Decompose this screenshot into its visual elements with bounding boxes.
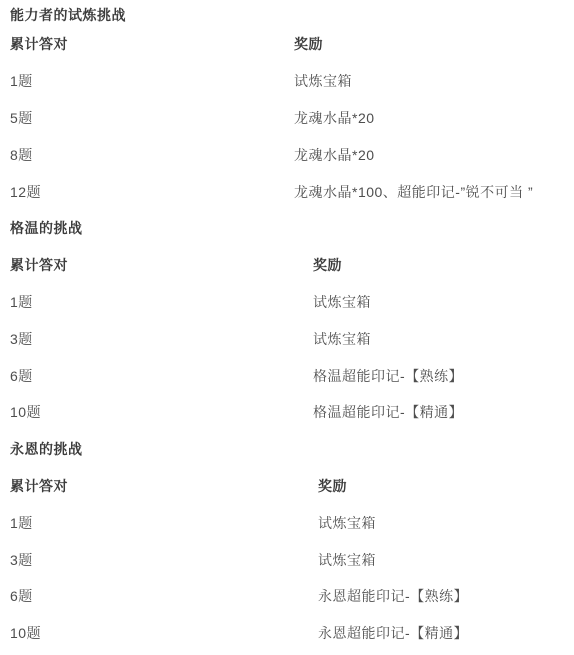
answer-count-cell: 3题 [10,550,318,570]
answer-count-cell: 1题 [10,292,313,312]
table-row: 3题 试炼宝箱 [10,320,564,357]
table-row: 5题 龙魂水晶*20 [10,100,564,137]
section-title: 能力者的试炼挑战 [10,8,564,26]
table-row: 10题 永恩超能印记-【精通】 [10,615,564,652]
column-header-answers: 累计答对 [10,34,294,54]
table-row: 1题 试炼宝箱 [10,63,564,100]
table-row: 6题 格温超能印记-【熟练】 [10,357,564,394]
challenge-section-trial: 能力者的试炼挑战 累计答对 奖励 1题 试炼宝箱 5题 龙魂水晶*20 8题 龙… [10,8,564,210]
column-header-reward: 奖励 [294,34,564,54]
table-row: 1题 试炼宝箱 [10,504,564,541]
table-header-row: 累计答对 奖励 [10,247,564,284]
table-row: 3题 试炼宝箱 [10,541,564,578]
answer-count-cell: 10题 [10,623,318,643]
answer-count-cell: 10题 [10,402,313,422]
challenge-section-gwen: 格温的挑战 累计答对 奖励 1题 试炼宝箱 3题 试炼宝箱 6题 格温超能印记-… [10,210,564,431]
answer-count-cell: 1题 [10,71,294,91]
table-row: 1题 试炼宝箱 [10,284,564,321]
column-header-reward: 奖励 [318,476,564,496]
reward-cell: 试炼宝箱 [313,329,564,349]
column-header-answers: 累计答对 [10,476,318,496]
reward-cell: 格温超能印记-【精通】 [313,402,564,422]
table-header-row: 累计答对 奖励 [10,468,564,505]
table-header-row: 累计答对 奖励 [10,26,564,63]
answer-count-cell: 6题 [10,586,318,606]
column-header-reward: 奖励 [313,255,564,275]
table-row: 6题 永恩超能印记-【熟练】 [10,578,564,615]
reward-cell: 龙魂水晶*20 [294,145,564,165]
reward-cell: 试炼宝箱 [313,292,564,312]
section-title: 永恩的挑战 [10,431,564,468]
table-row: 8题 龙魂水晶*20 [10,136,564,173]
reward-cell: 永恩超能印记-【熟练】 [318,586,564,606]
reward-cell: 试炼宝箱 [318,550,564,570]
reward-cell: 格温超能印记-【熟练】 [313,366,564,386]
section-title-text: 格温的挑战 [10,218,83,238]
reward-cell: 龙魂水晶*20 [294,108,564,128]
section-title-text: 永恩的挑战 [10,439,83,459]
table-row: 12题 龙魂水晶*100、超能印记-”锐不可当 ” [10,173,564,210]
challenge-section-yone: 永恩的挑战 累计答对 奖励 1题 试炼宝箱 3题 试炼宝箱 6题 永恩超能印记-… [10,431,564,652]
reward-cell: 龙魂水晶*100、超能印记-”锐不可当 ” [294,182,564,202]
reward-cell: 永恩超能印记-【精通】 [318,623,564,643]
answer-count-cell: 8题 [10,145,294,165]
table-row: 10题 格温超能印记-【精通】 [10,394,564,431]
section-title: 格温的挑战 [10,210,564,247]
answer-count-cell: 5题 [10,108,294,128]
answer-count-cell: 6题 [10,366,313,386]
answer-count-cell: 3题 [10,329,313,349]
column-header-answers: 累计答对 [10,255,313,275]
reward-cell: 试炼宝箱 [294,71,564,91]
answer-count-cell: 12题 [10,182,294,202]
article-page: { "page": { "background": "#ffffff", "he… [0,0,574,655]
reward-cell: 试炼宝箱 [318,513,564,533]
answer-count-cell: 1题 [10,513,318,533]
